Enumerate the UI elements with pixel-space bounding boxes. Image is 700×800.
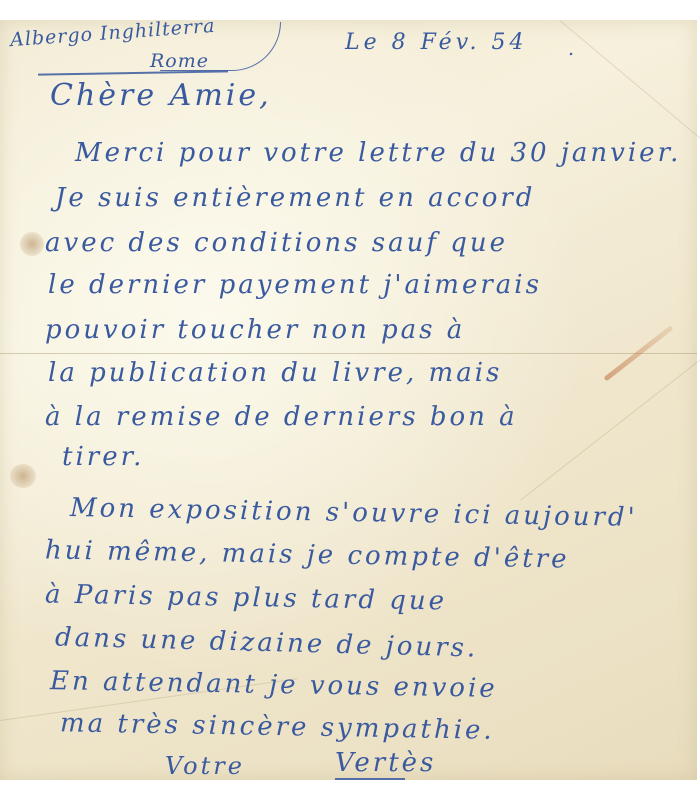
body-line: Je suis entièrement en accord — [55, 183, 535, 213]
body-line: En attendant je vous envoie — [50, 666, 498, 704]
body-line: Merci pour votre lettre du 30 janvier. — [75, 138, 681, 168]
letter-date: Le 8 Fév. 54 — [345, 30, 528, 55]
signature-underline — [335, 778, 405, 780]
paper-crease — [559, 20, 700, 143]
body-line: dans une dizaine de jours. — [55, 622, 479, 663]
body-line: tirer. — [62, 442, 144, 472]
date-mark: . — [568, 38, 575, 60]
address-bracket — [160, 22, 281, 71]
closing: Votre — [165, 752, 245, 780]
paper-fold-line — [0, 353, 697, 354]
signature: Vertès — [335, 748, 436, 778]
letter-paper: Albergo Inghilterra Rome Le 8 Fév. 54 . … — [0, 20, 697, 780]
body-line: avec des conditions sauf que — [45, 228, 508, 258]
body-line: le dernier payement j'aimerais — [48, 270, 542, 300]
body-line: à Paris pas plus tard que — [45, 579, 448, 616]
body-line: à la remise de derniers bon à — [45, 402, 518, 432]
body-line: hui même, mais je compte d'être — [45, 535, 570, 574]
paper-stain — [10, 464, 36, 488]
address-underline — [38, 70, 228, 75]
body-line: pouvoir toucher non pas à — [45, 315, 465, 345]
body-line: la publication du livre, mais — [48, 358, 502, 388]
salutation: Chère Amie, — [50, 78, 272, 113]
body-line: Mon exposition s'ouvre ici aujourd' — [70, 493, 638, 533]
body-line: ma très sincère sympathie. — [60, 708, 495, 746]
paper-stain — [20, 232, 44, 256]
